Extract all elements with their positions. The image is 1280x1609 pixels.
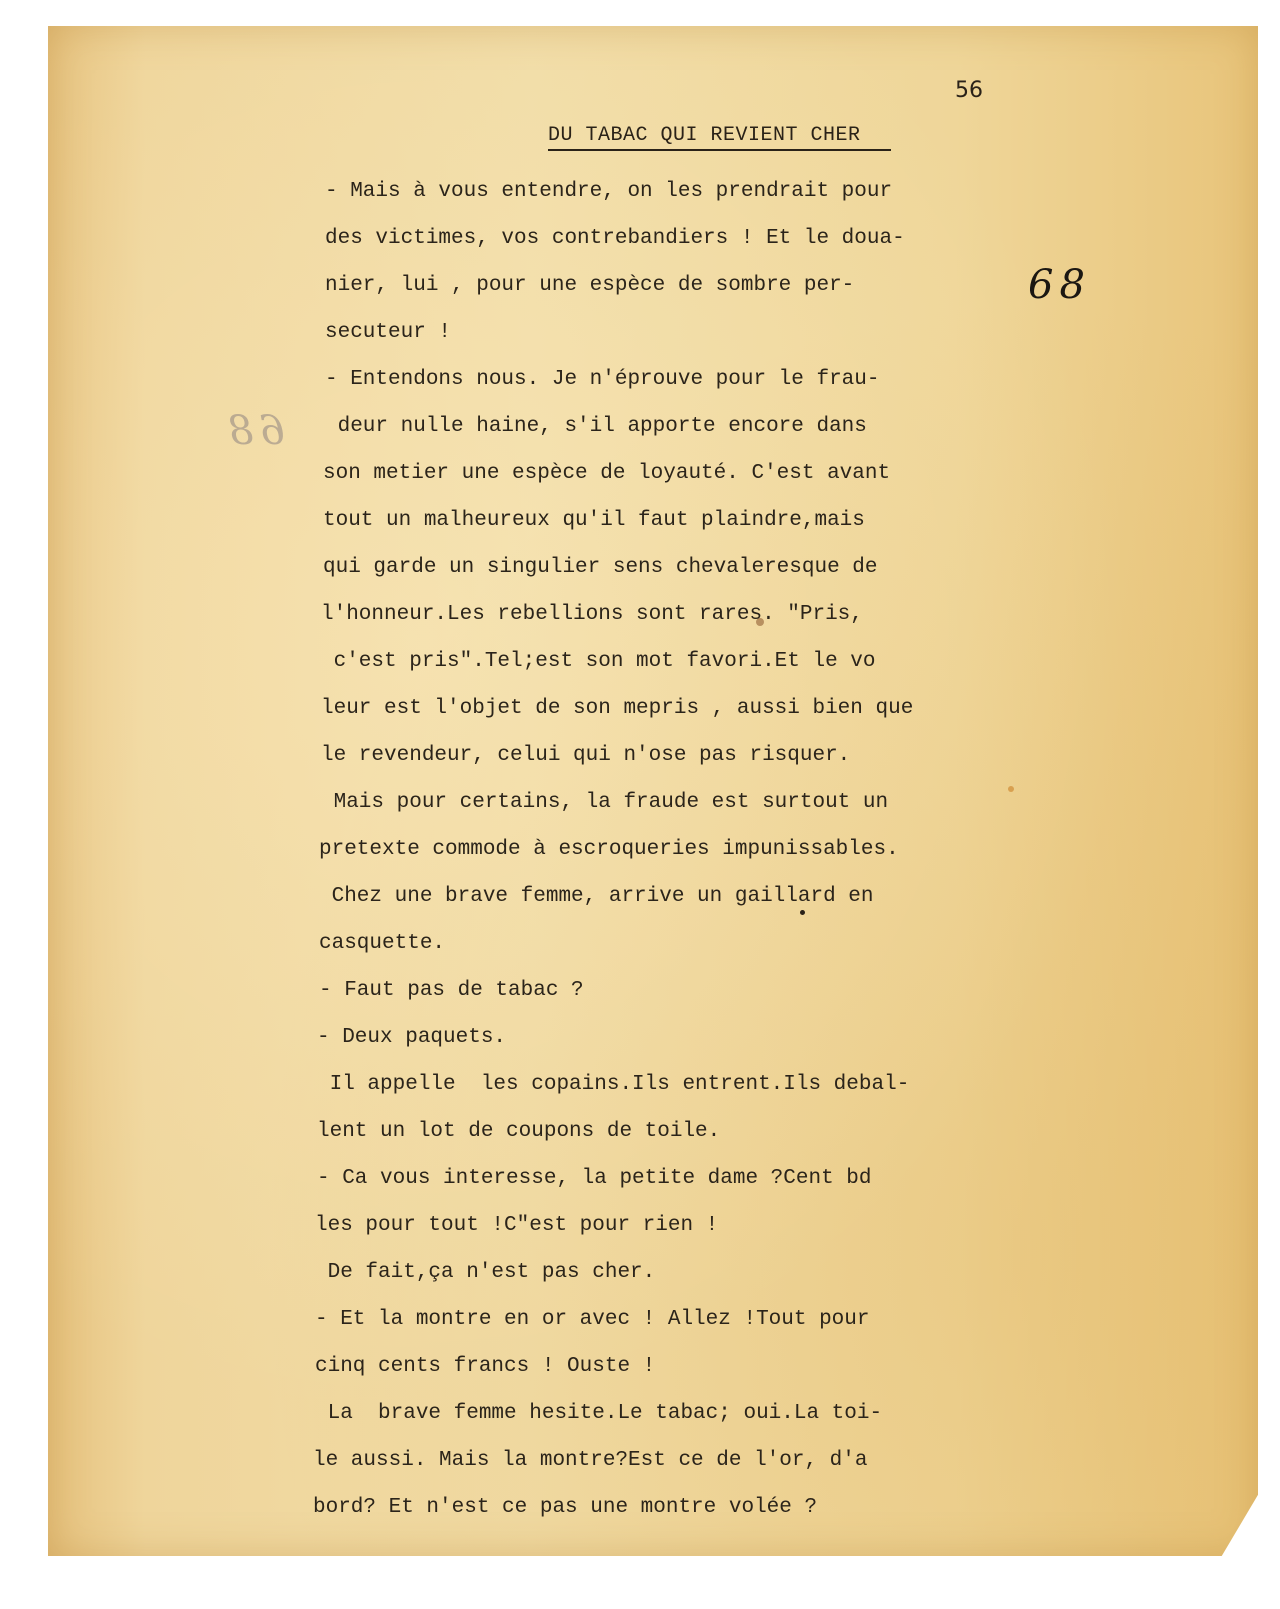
page-title: DU TABAC QUI REVIENT CHER — [548, 124, 891, 151]
text-line: leur est l'objet de son mepris , aussi b… — [321, 685, 1045, 732]
text-line: nier, lui , pour une espèce de sombre pe… — [325, 262, 1045, 309]
text-line: l'honneur.Les rebellions sont rares. "Pr… — [321, 591, 1045, 638]
text-line: des victimes, vos contrebandiers ! Et le… — [325, 215, 1045, 262]
body-text: - Mais à vous entendre, on les prendrait… — [325, 168, 1045, 1531]
text-line: pretexte commode à escroqueries impuniss… — [319, 826, 1045, 873]
text-line: c'est pris".Tel;est son mot favori.Et le… — [321, 638, 1045, 685]
text-line: - Deux paquets. — [317, 1014, 1045, 1061]
text-line: Il appelle les copains.Ils entrent.Ils d… — [317, 1061, 1045, 1108]
text-line: les pour tout !C"est pour rien ! — [315, 1202, 1045, 1249]
faint-bleedthrough-annotation: 68 — [222, 408, 285, 454]
text-line: qui garde un singulier sens chevaleresqu… — [323, 544, 1045, 591]
text-line: deur nulle haine, s'il apporte encore da… — [325, 403, 1045, 450]
text-line: De fait,ça n'est pas cher. — [315, 1249, 1045, 1296]
text-line: - Ca vous interesse, la petite dame ?Cen… — [317, 1155, 1045, 1202]
text-line: le revendeur, celui qui n'ose pas risque… — [321, 732, 1045, 779]
text-line: lent un lot de coupons de toile. — [317, 1108, 1045, 1155]
text-line: secuteur ! — [325, 309, 1045, 356]
text-line: tout un malheureux qu'il faut plaindre,m… — [323, 497, 1045, 544]
text-line: le aussi. Mais la montre?Est ce de l'or,… — [313, 1437, 1045, 1484]
text-line: - Et la montre en or avec ! Allez !Tout … — [315, 1296, 1045, 1343]
text-line: - Mais à vous entendre, on les prendrait… — [325, 168, 1045, 215]
text-line: bord? Et n'est ce pas une montre volée ? — [313, 1484, 1045, 1531]
text-line: cinq cents francs ! Ouste ! — [315, 1343, 1045, 1390]
text-line: Mais pour certains, la fraude est surtou… — [321, 779, 1045, 826]
text-line: casquette. — [319, 920, 1045, 967]
text-line: La brave femme hesite.Le tabac; oui.La t… — [315, 1390, 1045, 1437]
page-number: 56 — [955, 78, 983, 103]
text-line: - Faut pas de tabac ? — [319, 967, 1045, 1014]
text-line: - Entendons nous. Je n'éprouve pour le f… — [325, 356, 1045, 403]
text-line: son metier une espèce de loyauté. C'est … — [323, 450, 1045, 497]
text-line: Chez une brave femme, arrive un gaillard… — [319, 873, 1045, 920]
